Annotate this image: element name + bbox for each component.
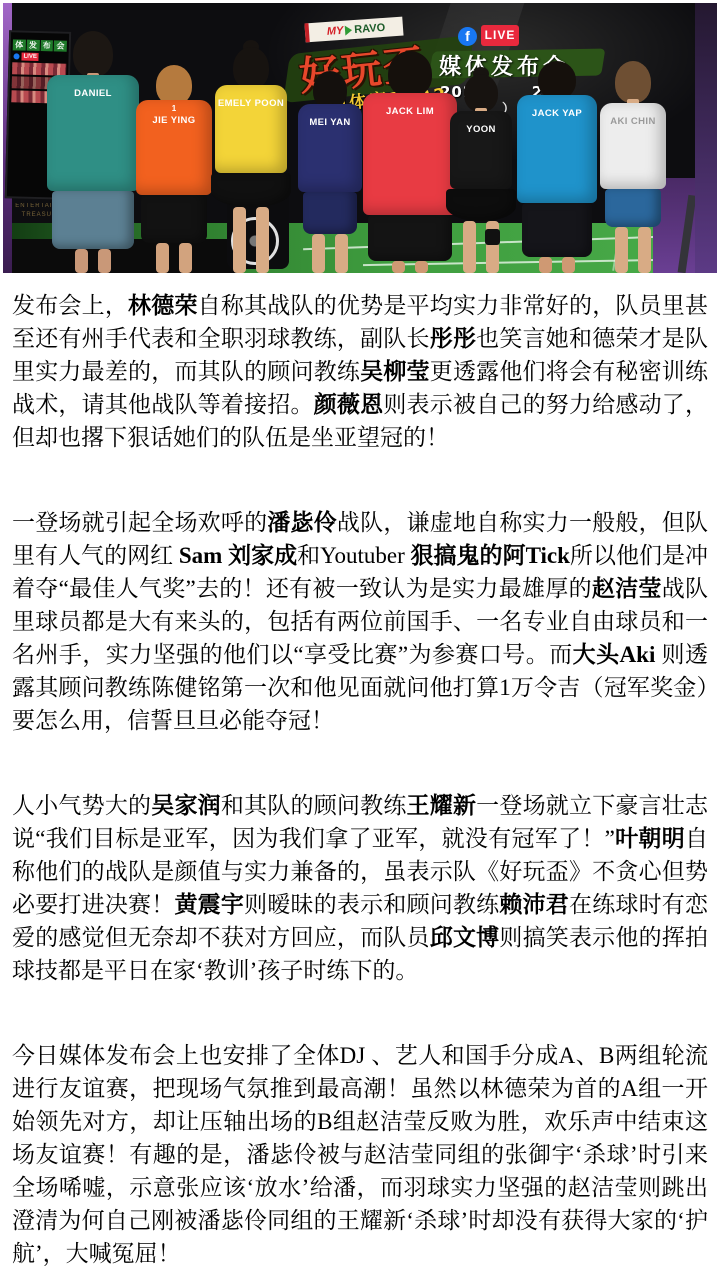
body-text: 一登场就引起全场欢呼的	[12, 510, 267, 535]
person-name: 彤彤	[430, 326, 476, 351]
player-jersey: DANIEL	[47, 75, 139, 191]
jersey-name-label: JIE YING	[136, 115, 212, 126]
paragraph: 人小气势大的吴家润和其队的顾问教练王耀新一登场就立下豪言壮志说“我们目标是亚军，…	[12, 789, 708, 987]
player-skirt	[446, 189, 516, 221]
player-head	[73, 31, 113, 77]
player-shorts	[368, 215, 452, 261]
body-text: 发布会上，	[12, 293, 128, 318]
player-leg	[463, 221, 476, 273]
body-text: 和其队的顾问教练	[221, 793, 407, 818]
body-text: 今日媒体发布会上也安排了全体DJ 、艺人和国手分成A、B两组轮流进行友谊赛，把现…	[12, 1043, 708, 1266]
player-shorts	[605, 189, 661, 227]
player-leg	[638, 227, 651, 273]
player-shorts	[303, 192, 357, 234]
jersey-name-label: DANIEL	[47, 88, 139, 99]
person-name: 黄震宇	[174, 892, 244, 917]
person-name: 大头Aki	[573, 642, 656, 667]
jersey-name-label: EMELY POON	[215, 98, 287, 109]
player-leg	[256, 207, 269, 273]
jersey-name-label: JACK LIM	[363, 106, 457, 117]
player-head	[156, 65, 192, 105]
player-aki-chin: AKI CHIN	[600, 61, 666, 273]
player-leg	[312, 234, 325, 273]
player-leg	[233, 207, 246, 273]
player-jack-lim: JACK LIM	[363, 51, 457, 273]
knee-brace	[485, 229, 500, 245]
player-shorts	[52, 191, 134, 249]
player-shorts	[522, 203, 592, 257]
player-jie-ying: 1JIE YING	[136, 65, 212, 273]
players-layer: DANIEL1JIE YINGEMELY POONMEI YANJACK LIM…	[3, 3, 717, 273]
person-name: 林德荣	[128, 293, 198, 318]
body-text: 则暧昧的表示和顾问教练	[244, 892, 499, 917]
player-jersey: 1JIE YING	[136, 100, 212, 195]
player-emely-poon: EMELY POON	[215, 47, 287, 273]
player-leg	[98, 249, 111, 273]
person-name: 颜薇恩	[314, 392, 384, 417]
press-conference-photo: 体发布会 LIVE ENTERTAINME TREASURE MY RAVO 好…	[3, 3, 717, 273]
player-leg	[415, 261, 428, 273]
jersey-name-label: JACK YAP	[517, 108, 597, 119]
player-head	[538, 61, 576, 99]
player-jack-yap: JACK YAP	[517, 61, 597, 273]
player-head	[388, 51, 432, 97]
player-leg	[75, 249, 88, 273]
person-name: 潘毖伶	[267, 510, 337, 535]
person-name: 王耀新	[407, 793, 477, 818]
player-leg	[392, 261, 405, 273]
player-head	[233, 47, 269, 89]
player-leg	[156, 243, 169, 273]
paragraph: 今日媒体发布会上也安排了全体DJ 、艺人和国手分成A、B两组轮流进行友谊赛，把现…	[12, 1039, 708, 1270]
player-jersey: JACK YAP	[517, 95, 597, 203]
jersey-name-label: MEI YAN	[298, 117, 362, 128]
player-skirt	[211, 173, 291, 207]
person-name: 邱文博	[430, 925, 500, 950]
person-name: 吴家润	[151, 793, 221, 818]
jersey-name-label: AKI CHIN	[600, 116, 666, 127]
player-leg	[562, 257, 575, 273]
player-head	[615, 61, 651, 103]
body-text: 人小气势大的	[12, 793, 151, 818]
person-name: 赖沛君	[499, 892, 569, 917]
player-yoon: YOON	[450, 74, 512, 273]
article: 发布会上，林德荣自称其战队的优势是平均实力非常好的，队员里甚至还有州手代表和全职…	[0, 273, 720, 1270]
paragraph: 一登场就引起全场欢呼的潘毖伶战队，谦虚地自称实力一般般，但队里有人气的网红 Sa…	[12, 506, 708, 737]
player-leg	[615, 227, 628, 273]
player-jersey: AKI CHIN	[600, 103, 666, 189]
player-leg	[179, 243, 192, 273]
person-name: 狠搞鬼的阿Tick	[411, 543, 570, 568]
player-jersey: EMELY POON	[215, 85, 287, 173]
player-shorts	[141, 195, 207, 243]
player-jersey: YOON	[450, 111, 512, 189]
player-daniel: DANIEL	[47, 31, 139, 273]
player-jersey: MEI YAN	[298, 104, 362, 192]
player-jersey: JACK LIM	[363, 93, 457, 215]
jersey-name-label: YOON	[450, 124, 512, 135]
person-name: Sam 刘家成	[179, 543, 297, 568]
jersey-number: 1	[136, 104, 212, 113]
person-name: 赵洁莹	[592, 576, 662, 601]
body-text: 和Youtuber	[297, 543, 410, 568]
player-mei-yan: MEI YAN	[298, 71, 362, 273]
person-name: 吴柳莹	[360, 359, 430, 384]
person-name: 叶朝明	[615, 826, 685, 851]
player-head	[464, 74, 498, 112]
paragraph: 发布会上，林德荣自称其战队的优势是平均实力非常好的，队员里甚至还有州手代表和全职…	[12, 289, 708, 454]
player-leg	[539, 257, 552, 273]
player-leg	[335, 234, 348, 273]
